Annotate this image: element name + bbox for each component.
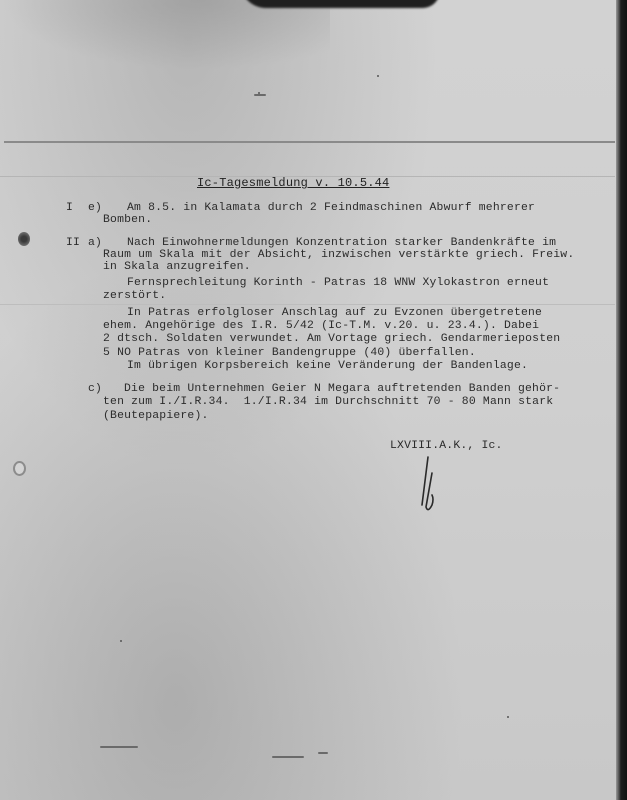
- signature-block: LXVIII.A.K., Ic.: [390, 441, 503, 453]
- section-marker: II: [66, 238, 80, 250]
- text-line: zerstört.: [103, 291, 166, 303]
- subsection-marker: e): [88, 203, 102, 215]
- text-line: ehem. Angehörige des I.R. 5/42 (Ic-T.M. …: [103, 321, 539, 333]
- scanned-document-page: Ic-Tagesmeldung v. 10.5.44 I e) Am 8.5. …: [0, 0, 627, 800]
- text-line: In Patras erfolgloser Anschlag auf zu Ev…: [127, 308, 542, 320]
- dust-speck: [120, 640, 122, 642]
- text-line: Nach Einwohnermeldungen Konzentration st…: [127, 238, 556, 250]
- text-line: 2 dtsch. Soldaten verwundet. Am Vortage …: [103, 334, 560, 346]
- punch-hole-icon: [13, 461, 26, 476]
- scratch-mark: [318, 752, 328, 754]
- scan-edge: [616, 0, 627, 800]
- text-line: Bomben.: [103, 215, 152, 227]
- text-line: (Beutepapiere).: [103, 411, 209, 423]
- scan-smudge: [0, 0, 330, 70]
- dust-speck: [377, 75, 379, 77]
- text-line: Raum um Skala mit der Absicht, inzwische…: [103, 250, 574, 262]
- document-title: Ic-Tagesmeldung v. 10.5.44: [197, 178, 389, 190]
- paper-rule-line: [0, 304, 615, 305]
- document-body: Ic-Tagesmeldung v. 10.5.44 I e) Am 8.5. …: [0, 0, 28, 359]
- subsection-marker: c): [88, 384, 102, 396]
- scan-shadow: [240, 0, 440, 8]
- handwritten-signature-icon: [418, 455, 448, 515]
- paper-fold-line: [4, 141, 615, 143]
- text-line: 5 NO Patras von kleiner Bandengruppe (40…: [103, 348, 476, 360]
- text-line: in Skala anzugreifen.: [103, 262, 251, 274]
- scratch-mark: [100, 746, 138, 748]
- subsection-marker: a): [88, 238, 102, 250]
- scratch-mark: [254, 94, 266, 96]
- scratch-mark: [272, 756, 304, 758]
- text-line: Die beim Unternehmen Geier N Megara auft…: [124, 384, 560, 396]
- section-marker: I: [66, 203, 73, 215]
- dust-speck: [507, 716, 509, 718]
- text-line: Im übrigen Korpsbereich keine Veränderun…: [127, 361, 528, 373]
- text-line: ten zum I./I.R.34. 1./I.R.34 im Durchsch…: [103, 397, 553, 409]
- text-line: Am 8.5. in Kalamata durch 2 Feindmaschin…: [127, 203, 535, 215]
- text-line: Fernsprechleitung Korinth - Patras 18 WN…: [127, 278, 549, 290]
